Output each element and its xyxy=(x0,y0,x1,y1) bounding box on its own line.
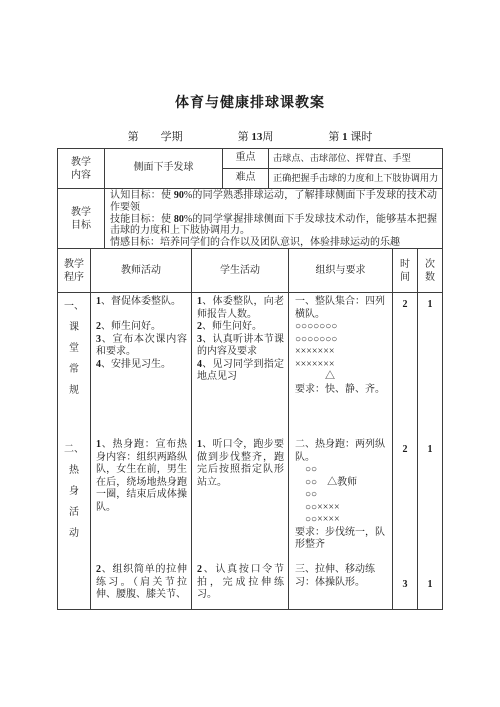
teacher-activity-cell-3: 2、组织简单的拉伸练习。（肩关节拉伸、腰腹、膝关节、 xyxy=(91,561,191,609)
meta-row: 第 学期 第 13周 第 1 课时 xyxy=(0,128,500,144)
time-cell-2: 2 xyxy=(393,436,417,561)
count-cell-3: 1 xyxy=(418,561,442,609)
focus-value: 击球点、击球部位、挥臂直、手型 xyxy=(269,149,442,168)
page-title: 体育与健康排球课教案 xyxy=(0,92,500,112)
time-cell-3: 3 xyxy=(393,561,417,609)
header-teacher-activity: 教师活动 xyxy=(91,249,192,292)
period-field: 第 1 课时 xyxy=(328,128,372,144)
table-body: 一、 课 堂 常 规 二、 热 身 活 动 1、督促体委整队。 2、师生问好。 … xyxy=(58,293,442,609)
lesson-plan-table: 教学内容 侧面下手发球 重点 击球点、击球部位、挥臂直、手型 难点 正确把握手击… xyxy=(57,148,443,610)
program-column: 一、 课 堂 常 规 二、 热 身 活 动 xyxy=(58,293,91,609)
teacher-activity-cell-2: 1、热身跑：宣布热身内容：组织两路纵队，女生在前，男生在后，绕场地热身跑一圈，结… xyxy=(91,436,191,561)
lesson-plan-page: { "document": { "title": "体育与健康排球课教案", "… xyxy=(0,0,500,707)
header-count: 次数 xyxy=(418,249,442,292)
student-activity-cell-2: 1、听口令，跑步要做到步伐整齐，跑完后按照指定队形站立。 xyxy=(192,436,288,561)
difficulty-label: 难点 xyxy=(223,169,269,189)
count-cell-2: 1 xyxy=(418,436,442,561)
objectives-label: 教学目标 xyxy=(58,189,105,249)
organization-cell-3: 三、拉伸、移动练习：体操队形。 xyxy=(289,561,392,609)
count-cell-1: 1 xyxy=(418,293,442,436)
header-time: 时间 xyxy=(393,249,418,292)
teaching-objectives-row: 教学目标 认知目标：使 90%的同学熟悉排球运动，了解排球侧面下手发球的技术动作… xyxy=(58,189,442,249)
teacher-activity-cell-1: 1、督促体委整队。 2、师生问好。 3、宣布本次课内容和要求。 4、安排见习生。 xyxy=(91,293,191,436)
header-program: 教学程序 xyxy=(58,249,91,292)
teacher-activity-column: 1、督促体委整队。 2、师生问好。 3、宣布本次课内容和要求。 4、安排见习生。… xyxy=(91,293,192,609)
difficulty-row: 难点 正确把握手击球的力度和上下肢协调用力 xyxy=(223,169,442,189)
program-section-3 xyxy=(58,561,90,609)
student-activity-cell-1: 1、体委整队，向老师报告人数。 2、师生问好。 3、认真听讲本节课的内容及要求 … xyxy=(192,293,288,436)
teaching-content-row: 教学内容 侧面下手发球 重点 击球点、击球部位、挥臂直、手型 难点 正确把握手击… xyxy=(58,149,442,189)
organization-column: 一、整队集合：四列横队。 ○○○○○○○ ○○○○○○○ ××××××× ×××… xyxy=(289,293,393,609)
program-section-1: 一、 课 堂 常 规 xyxy=(58,293,90,436)
week-field: 第 13周 xyxy=(238,128,274,144)
student-activity-cell-3: 2、认真按口令节拍，完成拉伸练习。 xyxy=(192,561,288,609)
difficulty-value: 正确把握手击球的力度和上下肢协调用力 xyxy=(269,169,442,189)
program-section-2: 二、 热 身 活 动 xyxy=(58,436,90,561)
focus-difficulty-group: 重点 击球点、击球部位、挥臂直、手型 难点 正确把握手击球的力度和上下肢协调用力 xyxy=(223,149,442,188)
focus-label: 重点 xyxy=(223,149,269,168)
semester-field: 第 学期 xyxy=(128,128,183,144)
organization-cell-1: 一、整队集合：四列横队。 ○○○○○○○ ○○○○○○○ ××××××× ×××… xyxy=(289,293,392,436)
count-column: 1 1 1 xyxy=(418,293,442,609)
teaching-content-label: 教学内容 xyxy=(58,149,105,188)
header-organization: 组织与要求 xyxy=(289,249,393,292)
focus-row: 重点 击球点、击球部位、挥臂直、手型 xyxy=(223,149,442,169)
student-activity-column: 1、体委整队，向老师报告人数。 2、师生问好。 3、认真听讲本节课的内容及要求 … xyxy=(192,293,289,609)
header-student-activity: 学生活动 xyxy=(192,249,289,292)
objectives-text: 认知目标：使 90%的同学熟悉排球运动，了解排球侧面下手发球的技术动作要领 技能… xyxy=(105,189,442,249)
time-cell-1: 2 xyxy=(393,293,417,436)
time-column: 2 2 3 xyxy=(393,293,418,609)
organization-cell-2: 二、热身跑：两列纵队。 ○○ ○○ △教师 ○○ ○○×××× ○○×××× 要… xyxy=(289,436,392,561)
teaching-content-value: 侧面下手发球 xyxy=(105,149,223,188)
table-header-row: 教学程序 教师活动 学生活动 组织与要求 时间 次数 xyxy=(58,249,442,293)
